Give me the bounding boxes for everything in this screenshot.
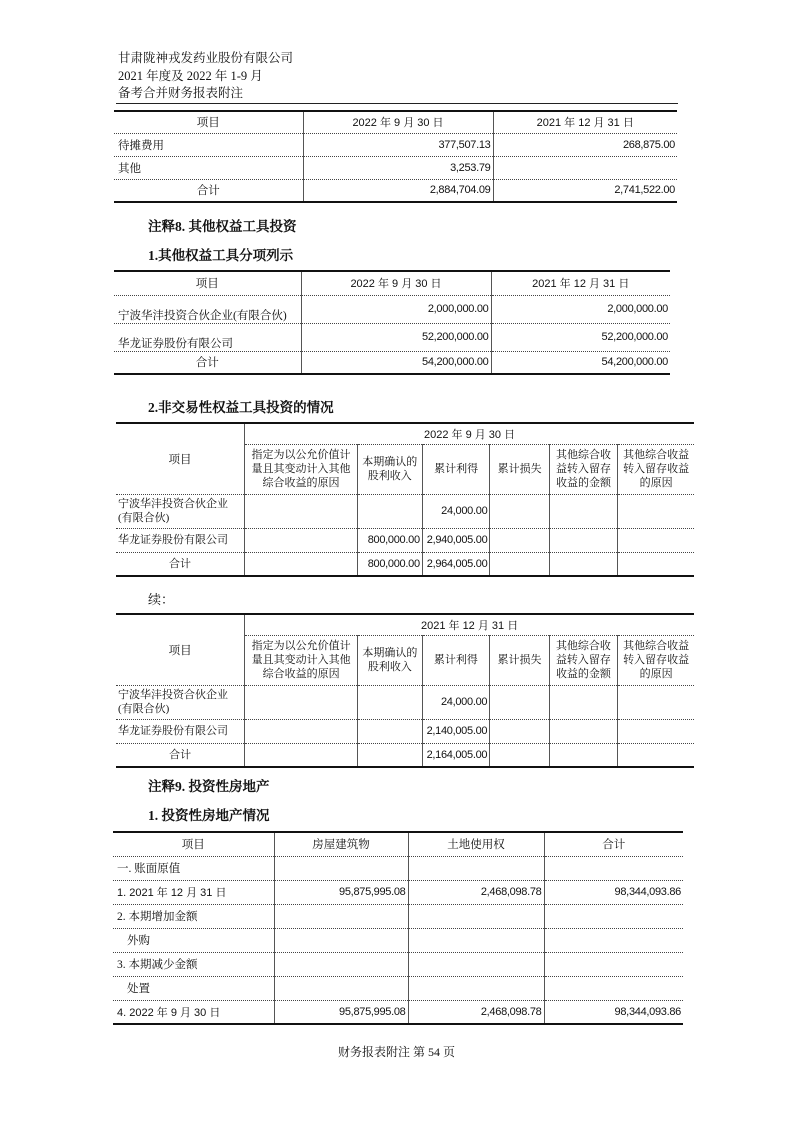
col-header-reason: 指定为以公允价值计量且其变动计入其他综合收益的原因 bbox=[245, 444, 358, 494]
prepaid-table: 项目 2022 年 9 月 30 日 2021 年 12 月 31 日 待摊费用… bbox=[114, 110, 677, 203]
total-cell bbox=[544, 928, 683, 952]
value-2022: 3,253.79 bbox=[303, 156, 493, 179]
table-row: 宁波华沣投资合伙企业(有限合伙) 24,000.00 bbox=[116, 685, 694, 719]
land-cell: 2,468,098.78 bbox=[408, 1000, 544, 1024]
value-2021: 268,875.00 bbox=[493, 133, 677, 156]
value-2022: 52,200,000.00 bbox=[301, 323, 491, 351]
value-2022: 2,000,000.00 bbox=[301, 295, 491, 323]
building-cell bbox=[274, 904, 408, 928]
oci-reason-cell bbox=[618, 685, 694, 719]
total-cell: 98,344,093.86 bbox=[544, 880, 683, 904]
oci-amount-cell bbox=[549, 743, 617, 767]
table-header-row: 项目 房屋建筑物 土地使用权 合计 bbox=[113, 832, 683, 856]
col-header-oci-amount: 其他综合收益转入留存收益的金额 bbox=[549, 444, 617, 494]
reason-cell bbox=[245, 685, 358, 719]
dividend-cell: 800,000.00 bbox=[357, 552, 422, 576]
col-header-2022: 2022 年 9 月 30 日 bbox=[301, 271, 491, 295]
oci-reason-cell bbox=[618, 528, 694, 552]
total-row: 合计 800,000.00 2,964,005.00 bbox=[116, 552, 694, 576]
non-trading-equity-2022-table: 项目 2022 年 9 月 30 日 指定为以公允价值计量且其变动计入其他综合收… bbox=[116, 422, 694, 577]
building-cell bbox=[274, 976, 408, 1000]
investment-property-table: 项目 房屋建筑物 土地使用权 合计 一. 账面原值 1. 2021 年 12 月… bbox=[113, 831, 683, 1025]
row-item: 3. 本期减少金额 bbox=[113, 952, 274, 976]
table-row: 待摊费用 377,507.13 268,875.00 bbox=[114, 133, 677, 156]
dividend-cell bbox=[357, 494, 422, 528]
col-header-oci-reason: 其他综合收益转入留存收益的原因 bbox=[618, 635, 694, 685]
dividend-cell bbox=[358, 719, 422, 743]
col-header-2021: 2021 年 12 月 31 日 bbox=[491, 271, 670, 295]
col-header-item: 项目 bbox=[116, 423, 245, 494]
loss-cell bbox=[490, 528, 549, 552]
col-header-loss: 累计损失 bbox=[490, 444, 549, 494]
land-cell bbox=[408, 976, 544, 1000]
gain-cell: 2,964,005.00 bbox=[422, 552, 490, 576]
note8-section2-title: 2.非交易性权益工具投资的情况 bbox=[148, 396, 334, 416]
row-item: 宁波华沣投资合伙企业(有限合伙) bbox=[114, 295, 301, 323]
table-row: 3. 本期减少金额 bbox=[113, 952, 683, 976]
table-row: 其他 3,253.79 bbox=[114, 156, 677, 179]
col-header-date: 2022 年 9 月 30 日 bbox=[245, 423, 694, 444]
loss-cell bbox=[490, 719, 550, 743]
land-cell bbox=[408, 928, 544, 952]
note8-title: 注释8. 其他权益工具投资 bbox=[148, 215, 297, 235]
note9-section1-title: 1. 投资性房地产情况 bbox=[148, 804, 270, 824]
table-row: 一. 账面原值 bbox=[113, 856, 683, 880]
table-row: 华龙证券股份有限公司 52,200,000.00 52,200,000.00 bbox=[114, 323, 670, 351]
building-cell bbox=[274, 856, 408, 880]
dividend-cell bbox=[358, 685, 422, 719]
col-header-2022: 2022 年 9 月 30 日 bbox=[303, 111, 493, 133]
oci-reason-cell bbox=[618, 719, 694, 743]
row-item: 外购 bbox=[113, 928, 274, 952]
col-header-gain: 累计利得 bbox=[422, 444, 490, 494]
total-row: 合计 2,164,005.00 bbox=[116, 743, 694, 767]
document-title: 备考合并财务报表附注 bbox=[118, 85, 293, 103]
row-item: 宁波华沣投资合伙企业(有限合伙) bbox=[116, 494, 245, 528]
col-header-dividend: 本期确认的股利收入 bbox=[358, 635, 422, 685]
oci-amount-cell bbox=[549, 719, 617, 743]
total-cell bbox=[544, 952, 683, 976]
note9-title: 注释9. 投资性房地产 bbox=[148, 775, 270, 795]
total-cell bbox=[544, 904, 683, 928]
building-cell: 95,875,995.08 bbox=[274, 1000, 408, 1024]
row-item: 华龙证券股份有限公司 bbox=[116, 719, 245, 743]
non-trading-equity-2021-table: 项目 2021 年 12 月 31 日 指定为以公允价值计量且其变动计入其他综合… bbox=[116, 613, 694, 768]
table-row: 华龙证券股份有限公司 2,140,005.00 bbox=[116, 719, 694, 743]
land-cell bbox=[408, 952, 544, 976]
oci-reason-cell bbox=[618, 552, 694, 576]
row-item: 4. 2022 年 9 月 30 日 bbox=[113, 1000, 274, 1024]
row-item: 处置 bbox=[113, 976, 274, 1000]
row-item: 一. 账面原值 bbox=[113, 856, 274, 880]
col-header-date: 2021 年 12 月 31 日 bbox=[245, 614, 694, 635]
dividend-cell: 800,000.00 bbox=[357, 528, 422, 552]
value-2022: 377,507.13 bbox=[303, 133, 493, 156]
dividend-cell bbox=[358, 743, 422, 767]
col-header-reason: 指定为以公允价值计量且其变动计入其他综合收益的原因 bbox=[245, 635, 358, 685]
loss-cell bbox=[490, 552, 549, 576]
reason-cell bbox=[245, 719, 358, 743]
col-header-dividend: 本期确认的股利收入 bbox=[357, 444, 422, 494]
value-2021: 54,200,000.00 bbox=[491, 351, 670, 374]
table-header-row: 项目 2022 年 9 月 30 日 2021 年 12 月 31 日 bbox=[114, 271, 670, 295]
page-footer: 财务报表附注 第 54 页 bbox=[0, 1043, 793, 1060]
oci-amount-cell bbox=[549, 494, 617, 528]
row-item: 2. 本期增加金额 bbox=[113, 904, 274, 928]
building-cell bbox=[274, 952, 408, 976]
land-cell: 2,468,098.78 bbox=[408, 880, 544, 904]
gain-cell: 24,000.00 bbox=[422, 494, 490, 528]
reason-cell bbox=[245, 528, 358, 552]
reason-cell bbox=[245, 743, 358, 767]
row-item: 合计 bbox=[114, 351, 301, 374]
col-header-gain: 累计利得 bbox=[422, 635, 490, 685]
row-item: 合计 bbox=[116, 552, 245, 576]
table-row: 华龙证券股份有限公司 800,000.00 2,940,005.00 bbox=[116, 528, 694, 552]
oci-amount-cell bbox=[549, 685, 617, 719]
loss-cell bbox=[490, 685, 550, 719]
gain-cell: 24,000.00 bbox=[422, 685, 490, 719]
loss-cell bbox=[490, 494, 549, 528]
building-cell bbox=[274, 928, 408, 952]
reason-cell bbox=[245, 494, 358, 528]
col-header-building: 房屋建筑物 bbox=[274, 832, 408, 856]
table-header-row: 项目 2022 年 9 月 30 日 bbox=[116, 423, 694, 444]
gain-cell: 2,940,005.00 bbox=[422, 528, 490, 552]
note8-section1-title: 1.其他权益工具分项列示 bbox=[148, 244, 293, 264]
table-row: 1. 2021 年 12 月 31 日 95,875,995.08 2,468,… bbox=[113, 880, 683, 904]
table-row: 处置 bbox=[113, 976, 683, 1000]
row-item: 宁波华沣投资合伙企业(有限合伙) bbox=[116, 685, 245, 719]
gain-cell: 2,164,005.00 bbox=[422, 743, 490, 767]
col-header-item: 项目 bbox=[114, 271, 301, 295]
col-header-land: 土地使用权 bbox=[408, 832, 544, 856]
col-header-oci-reason: 其他综合收益转入留存收益的原因 bbox=[618, 444, 694, 494]
col-header-total: 合计 bbox=[544, 832, 683, 856]
oci-reason-cell bbox=[618, 494, 694, 528]
value-2021: 2,000,000.00 bbox=[491, 295, 670, 323]
building-cell: 95,875,995.08 bbox=[274, 880, 408, 904]
total-cell bbox=[544, 976, 683, 1000]
land-cell bbox=[408, 904, 544, 928]
value-2021: 52,200,000.00 bbox=[491, 323, 670, 351]
table-row: 外购 bbox=[113, 928, 683, 952]
gain-cell: 2,140,005.00 bbox=[422, 719, 490, 743]
row-item: 华龙证券股份有限公司 bbox=[116, 528, 245, 552]
page-header: 甘肃陇神戎发药业股份有限公司 2021 年度及 2022 年 1-9 月 备考合… bbox=[118, 50, 293, 103]
table-header-row: 项目 2022 年 9 月 30 日 2021 年 12 月 31 日 bbox=[114, 111, 677, 133]
col-header-loss: 累计损失 bbox=[490, 635, 550, 685]
row-item: 1. 2021 年 12 月 31 日 bbox=[113, 880, 274, 904]
header-divider bbox=[116, 103, 678, 104]
reason-cell bbox=[245, 552, 358, 576]
total-cell: 98,344,093.86 bbox=[544, 1000, 683, 1024]
value-2022: 54,200,000.00 bbox=[301, 351, 491, 374]
land-cell bbox=[408, 856, 544, 880]
row-item: 合计 bbox=[114, 179, 303, 202]
col-header-2021: 2021 年 12 月 31 日 bbox=[493, 111, 677, 133]
total-row: 合计 2,884,704.09 2,741,522.00 bbox=[114, 179, 677, 202]
table-row: 宁波华沣投资合伙企业(有限合伙) 24,000.00 bbox=[116, 494, 694, 528]
col-header-item: 项目 bbox=[116, 614, 245, 685]
table-row: 2. 本期增加金额 bbox=[113, 904, 683, 928]
oci-amount-cell bbox=[549, 528, 617, 552]
other-equity-investment-table: 项目 2022 年 9 月 30 日 2021 年 12 月 31 日 宁波华沣… bbox=[114, 270, 670, 375]
oci-reason-cell bbox=[618, 743, 694, 767]
col-header-item: 项目 bbox=[114, 111, 303, 133]
total-row: 合计 54,200,000.00 54,200,000.00 bbox=[114, 351, 670, 374]
row-item: 华龙证券股份有限公司 bbox=[114, 323, 301, 351]
value-2021: 2,741,522.00 bbox=[493, 179, 677, 202]
table-row: 4. 2022 年 9 月 30 日 95,875,995.08 2,468,0… bbox=[113, 1000, 683, 1024]
row-item: 其他 bbox=[114, 156, 303, 179]
value-2021 bbox=[493, 156, 677, 179]
report-period: 2021 年度及 2022 年 1-9 月 bbox=[118, 68, 293, 86]
value-2022: 2,884,704.09 bbox=[303, 179, 493, 202]
table-header-row: 项目 2021 年 12 月 31 日 bbox=[116, 614, 694, 635]
row-item: 待摊费用 bbox=[114, 133, 303, 156]
company-name: 甘肃陇神戎发药业股份有限公司 bbox=[118, 50, 293, 68]
oci-amount-cell bbox=[549, 552, 617, 576]
col-header-oci-amount: 其他综合收益转入留存收益的金额 bbox=[549, 635, 617, 685]
continued-label: 续： bbox=[148, 589, 174, 608]
total-cell bbox=[544, 856, 683, 880]
col-header-item: 项目 bbox=[113, 832, 274, 856]
loss-cell bbox=[490, 743, 550, 767]
row-item: 合计 bbox=[116, 743, 245, 767]
table-row: 宁波华沣投资合伙企业(有限合伙) 2,000,000.00 2,000,000.… bbox=[114, 295, 670, 323]
